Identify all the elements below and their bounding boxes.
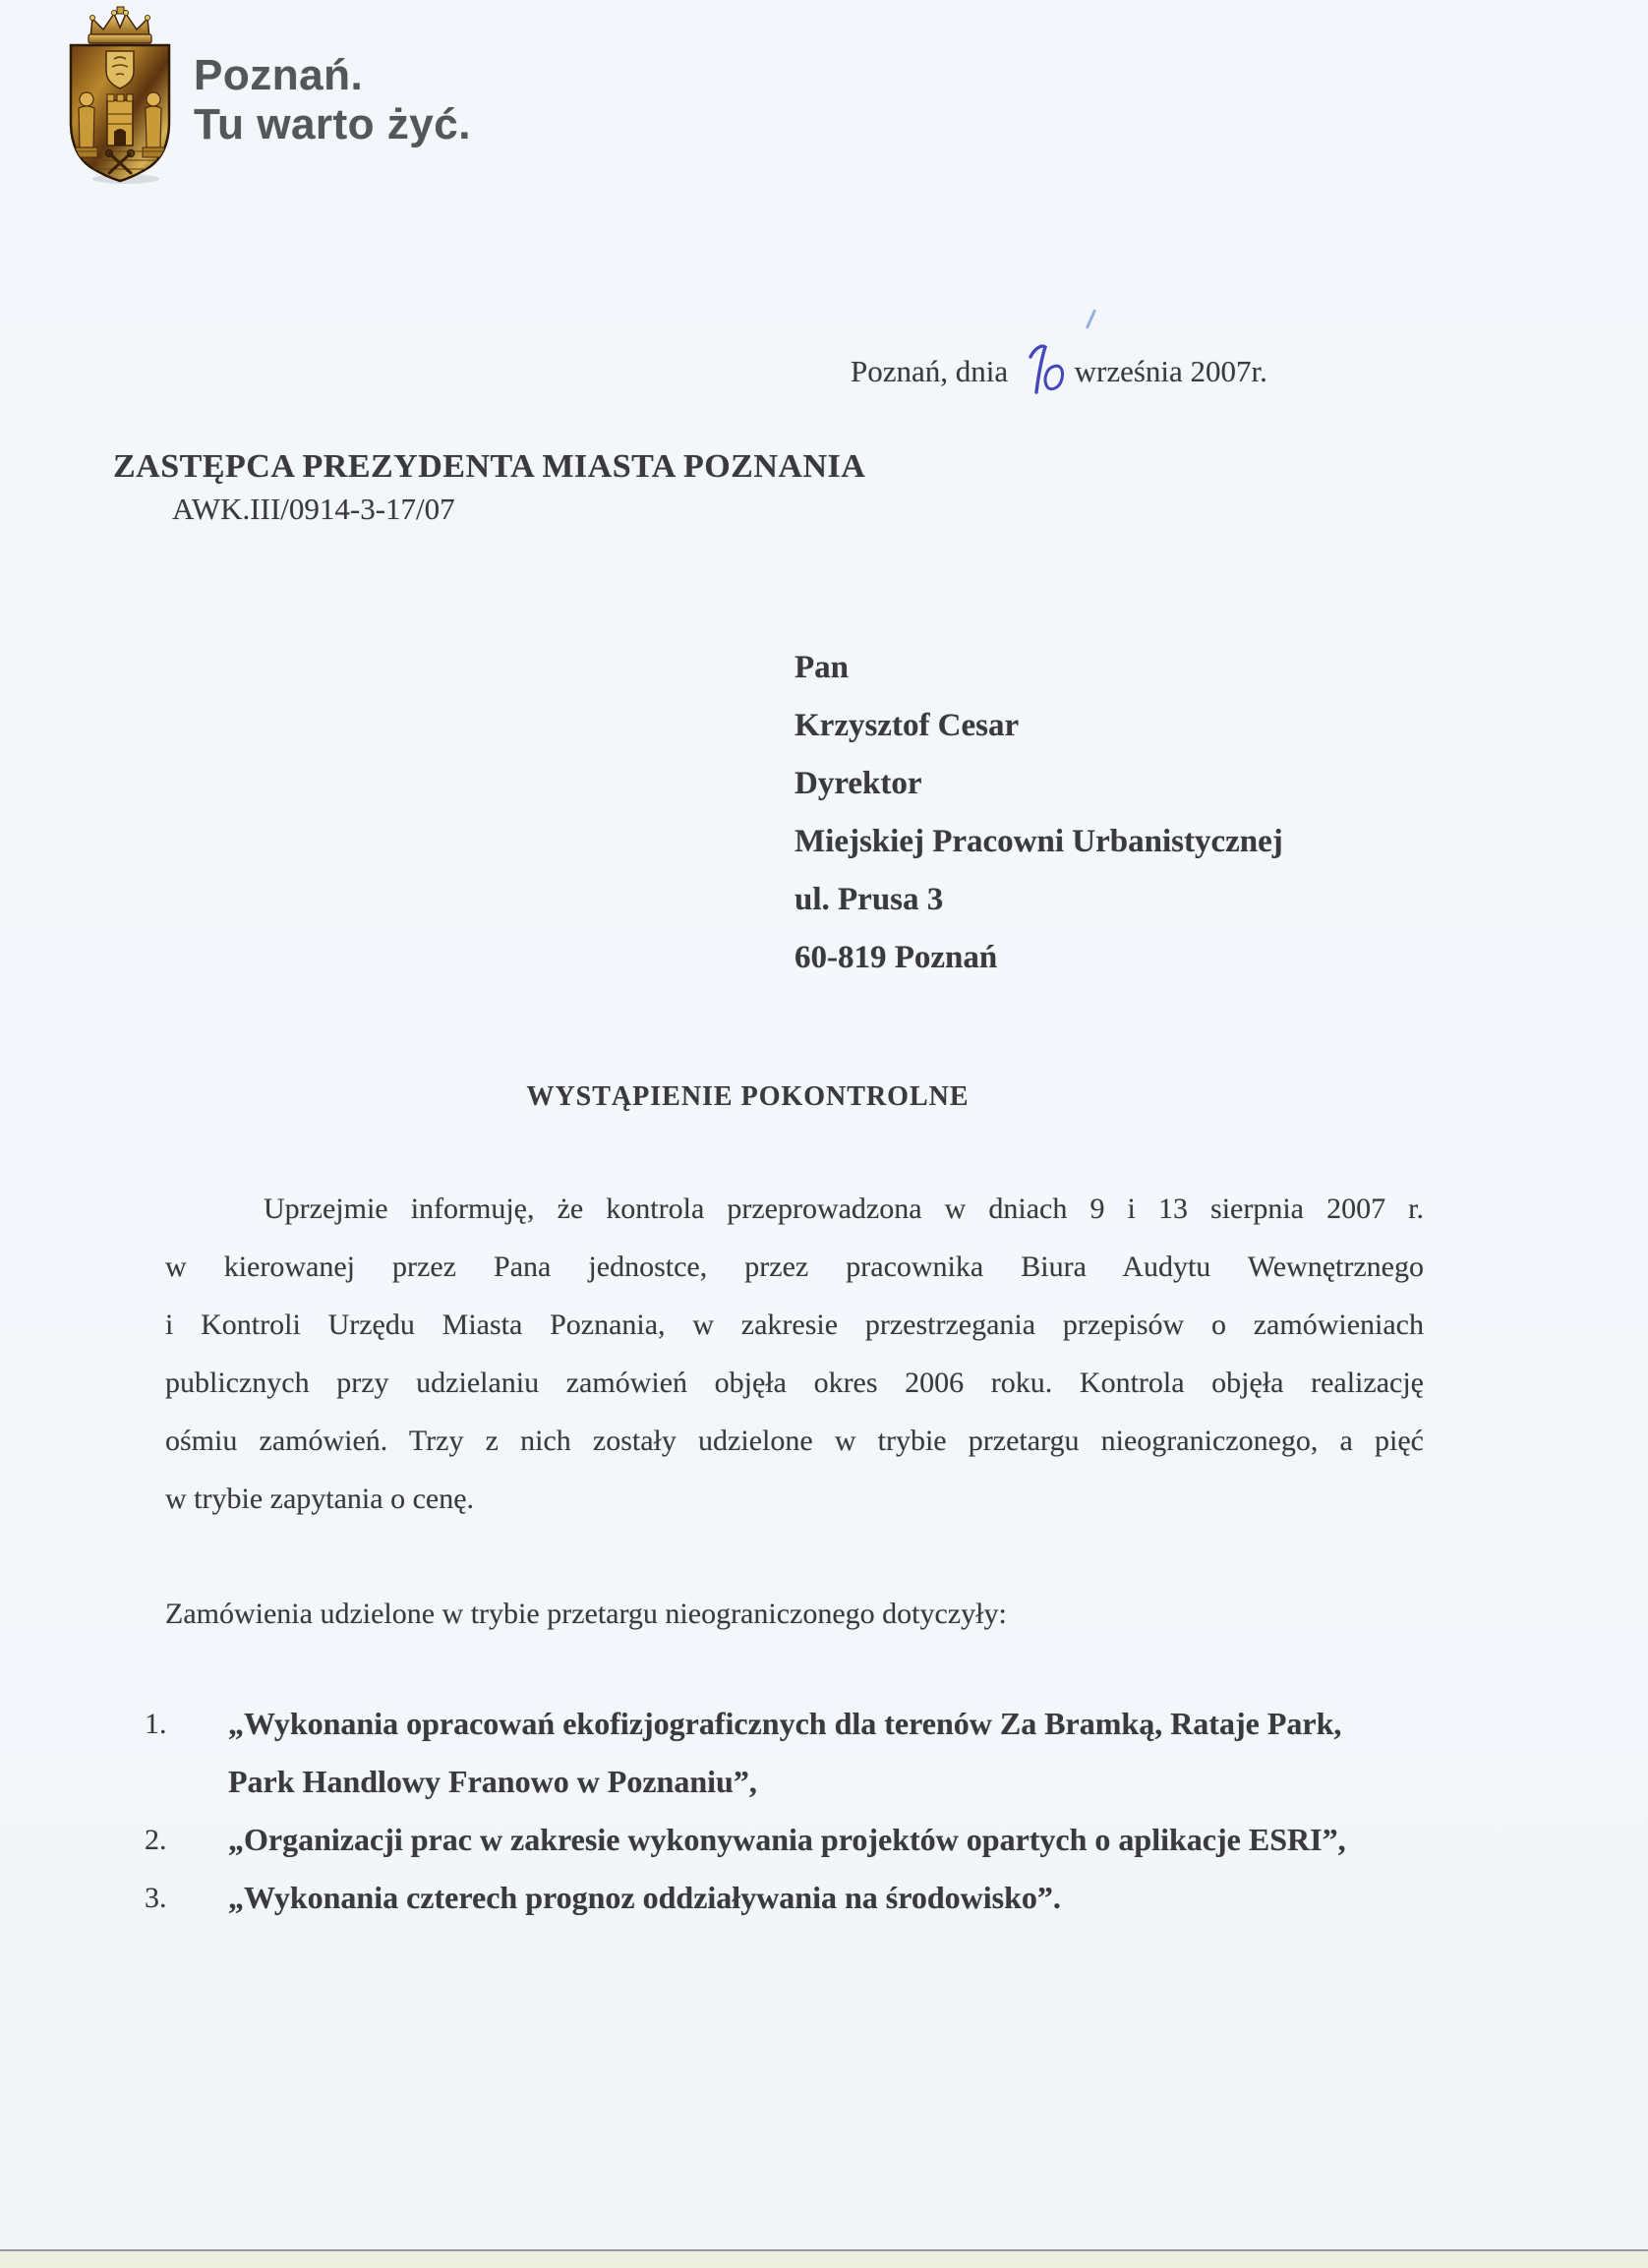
paragraph-line: w trybie zapytania o cenę.	[165, 1470, 1424, 1528]
pen-mark	[1086, 309, 1096, 328]
scanned-letter-page: Poznań. Tu warto żyć. Poznań, dnia wrześ…	[0, 0, 1648, 2268]
list-item-number: 2.	[145, 1811, 167, 1869]
paragraph-line: publicznych przy udzielaniu zamówień obj…	[165, 1354, 1424, 1412]
dateline-suffix: września 2007r.	[1075, 354, 1267, 388]
list-item: 1. „Wykonania opracowań ekofizjograficzn…	[145, 1695, 1482, 1811]
sender-block: ZASTĘPCA PREZYDENTA MIASTA POZNANIA AWK.…	[113, 447, 865, 528]
dateline-prefix: Poznań, dnia	[851, 354, 1008, 388]
sender-reference: AWK.III/0914-3-17/07	[172, 491, 865, 528]
sender-title: ZASTĘPCA PREZYDENTA MIASTA POZNANIA	[113, 447, 865, 487]
letterhead	[57, 6, 183, 185]
paragraph-line: Uprzejmie informuję, że kontrola przepro…	[165, 1180, 1424, 1238]
recipient-line: 60-819 Poznań	[795, 929, 1283, 987]
list-item-text: „Wykonania czterech prognoz oddziaływani…	[228, 1869, 1482, 1927]
list-item-number: 3.	[145, 1869, 167, 1927]
list-item-text: „Wykonania opracowań ekofizjograficznych…	[228, 1695, 1482, 1753]
brand-line1: Poznań.	[194, 51, 471, 100]
paragraph-line: w kierowanej przez Pana jednostce, przez…	[165, 1238, 1424, 1296]
recipient-block: Pan Krzysztof Cesar Dyrektor Miejskiej P…	[795, 639, 1283, 987]
recipient-line: Miejskiej Pracowni Urbanistycznej	[795, 813, 1283, 871]
handwritten-day	[1022, 342, 1065, 397]
list-item: 3. „Wykonania czterech prognoz oddziaływ…	[145, 1869, 1482, 1927]
dateline: Poznań, dnia września 2007r.	[851, 342, 1267, 397]
paragraph-2: Zamówienia udzielone w trybie przetargu …	[165, 1585, 1007, 1643]
paragraph-line: ośmiu zamówień. Trzy z nich zostały udzi…	[165, 1412, 1424, 1470]
recipient-line: Pan	[795, 639, 1283, 697]
list-item-text: „Organizacji prac w zakresie wykonywania…	[228, 1811, 1482, 1869]
paragraph-1: Uprzejmie informuję, że kontrola przepro…	[165, 1180, 1424, 1528]
ordered-list: 1. „Wykonania opracowań ekofizjograficzn…	[145, 1695, 1482, 1927]
recipient-line: ul. Prusa 3	[795, 871, 1283, 929]
scanner-background-strip	[0, 2251, 1648, 2268]
recipient-line: Krzysztof Cesar	[795, 697, 1283, 755]
list-item-number: 1.	[145, 1695, 167, 1753]
paragraph-line: i Kontroli Urzędu Miasta Poznania, w zak…	[165, 1296, 1424, 1354]
brand-line2: Tu warto żyć.	[194, 100, 471, 149]
list-item: 2. „Organizacji prac w zakresie wykonywa…	[145, 1811, 1482, 1869]
brand-text: Poznań. Tu warto żyć.	[194, 51, 471, 149]
recipient-line: Dyrektor	[795, 755, 1283, 813]
list-item-text: Park Handlowy Franowo w Poznaniu”,	[228, 1753, 1482, 1811]
poznan-coat-of-arms-icon	[57, 6, 183, 185]
document-title: WYSTĄPIENIE POKONTROLNE	[165, 1081, 1330, 1113]
